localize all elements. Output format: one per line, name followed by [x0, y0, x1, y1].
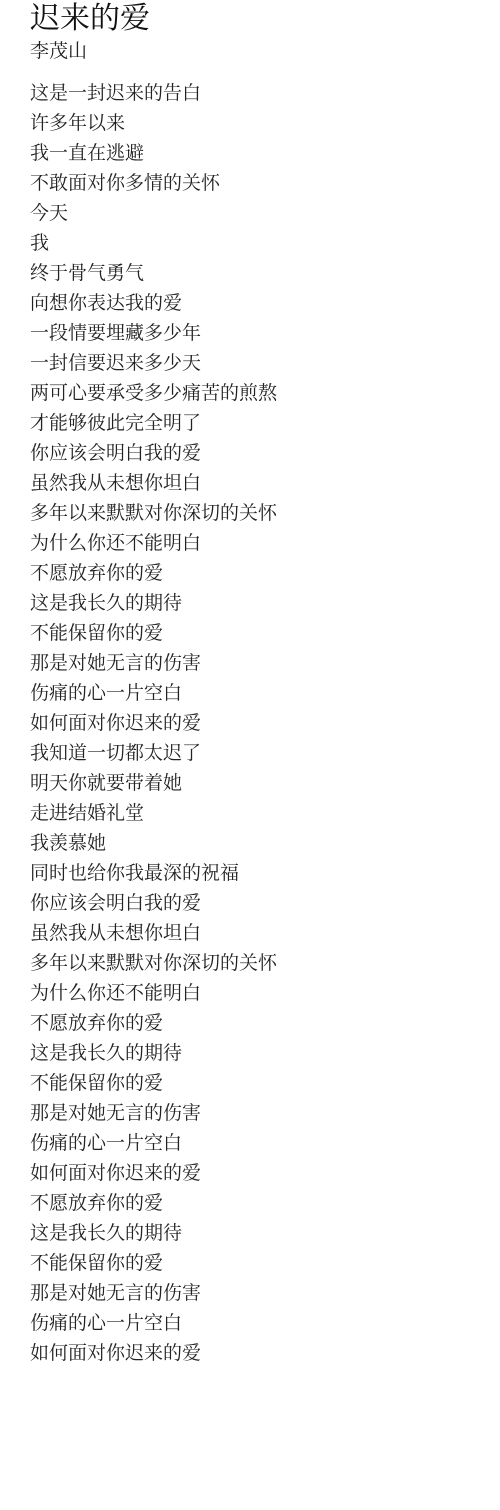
lyric-line: 虽然我从未想你坦白: [30, 918, 490, 948]
lyric-line: 我: [30, 228, 490, 258]
lyric-line: 那是对她无言的伤害: [30, 1098, 490, 1128]
lyric-line: 如何面对你迟来的爱: [30, 708, 490, 738]
lyric-line: 如何面对你迟来的爱: [30, 1338, 490, 1368]
lyric-line: 许多年以来: [30, 108, 490, 138]
lyric-line: 明天你就要带着她: [30, 768, 490, 798]
lyric-line: 你应该会明白我的爱: [30, 438, 490, 468]
lyric-line: 同时也给你我最深的祝福: [30, 858, 490, 888]
lyric-line: 这是我长久的期待: [30, 1218, 490, 1248]
lyric-line: 不敢面对你多情的关怀: [30, 168, 490, 198]
lyric-line: 这是我长久的期待: [30, 588, 490, 618]
lyric-line: 这是我长久的期待: [30, 1038, 490, 1068]
lyric-line: 不愿放弃你的爱: [30, 558, 490, 588]
lyric-line: 我知道一切都太迟了: [30, 738, 490, 768]
song-title: 迟来的爱: [30, 0, 490, 38]
lyric-line: 这是一封迟来的告白: [30, 78, 490, 108]
lyric-line: 向想你表达我的爱: [30, 288, 490, 318]
lyric-line: 多年以来默默对你深切的关怀: [30, 498, 490, 528]
lyrics-body: 这是一封迟来的告白许多年以来我一直在逃避不敢面对你多情的关怀今天我终于骨气勇气向…: [30, 78, 490, 1368]
lyric-line: 不能保留你的爱: [30, 1068, 490, 1098]
lyric-line: 为什么你还不能明白: [30, 978, 490, 1008]
lyric-line: 你应该会明白我的爱: [30, 888, 490, 918]
lyric-line: 不能保留你的爱: [30, 1248, 490, 1278]
lyric-line: 我一直在逃避: [30, 138, 490, 168]
lyric-line: 伤痛的心一片空白: [30, 678, 490, 708]
lyrics-page: 迟来的爱 李茂山 这是一封迟来的告白许多年以来我一直在逃避不敢面对你多情的关怀今…: [30, 0, 490, 1368]
lyric-line: 那是对她无言的伤害: [30, 648, 490, 678]
lyric-line: 多年以来默默对你深切的关怀: [30, 948, 490, 978]
lyric-line: 伤痛的心一片空白: [30, 1308, 490, 1338]
lyric-line: 终于骨气勇气: [30, 258, 490, 288]
song-artist: 李茂山: [30, 38, 490, 64]
lyric-line: 那是对她无言的伤害: [30, 1278, 490, 1308]
lyric-line: 两可心要承受多少痛苦的煎熬: [30, 378, 490, 408]
lyric-line: 我羡慕她: [30, 828, 490, 858]
lyric-line: 为什么你还不能明白: [30, 528, 490, 558]
lyric-line: 一段情要埋藏多少年: [30, 318, 490, 348]
lyric-line: 一封信要迟来多少天: [30, 348, 490, 378]
lyric-line: 伤痛的心一片空白: [30, 1128, 490, 1158]
lyric-line: 不愿放弃你的爱: [30, 1008, 490, 1038]
lyric-line: 不愿放弃你的爱: [30, 1188, 490, 1218]
lyric-line: 不能保留你的爱: [30, 618, 490, 648]
lyric-line: 走进结婚礼堂: [30, 798, 490, 828]
lyric-line: 如何面对你迟来的爱: [30, 1158, 490, 1188]
lyric-line: 虽然我从未想你坦白: [30, 468, 490, 498]
lyric-line: 今天: [30, 198, 490, 228]
lyric-line: 才能够彼此完全明了: [30, 408, 490, 438]
